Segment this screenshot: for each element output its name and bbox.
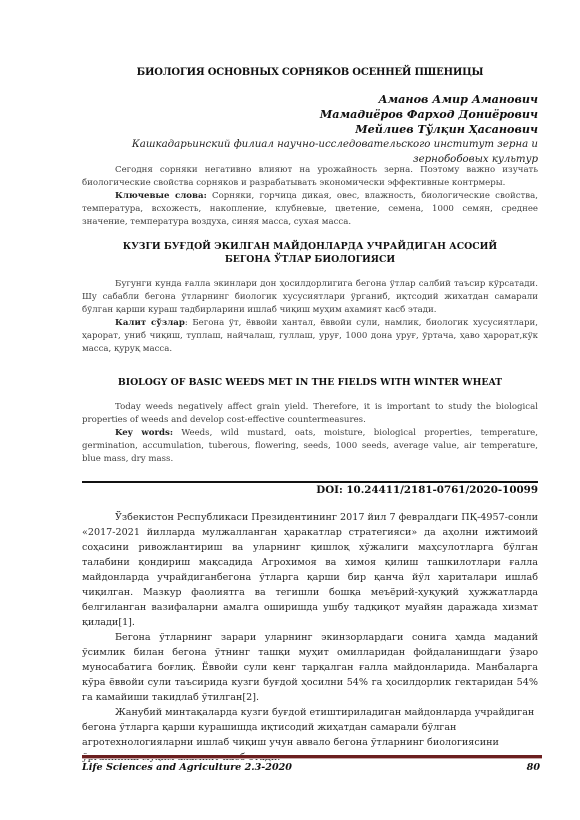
paper-title: БИОЛОГИЯ ОСНОВНЫХ СОРНЯКОВ ОСЕННЕЙ ПШЕНИ… — [82, 67, 538, 78]
abstract-uz-text: Бугунги кунда ғалла экинлари дон ҳосилдо… — [82, 278, 538, 317]
abstract-russian: Сегодня сорняки негативно влияют на урож… — [82, 164, 538, 229]
section-uzbek: КУЗГИ БУҒДОЙ ЭКИЛГАН МАЙДОНЛАРДА УЧРАЙДИ… — [82, 240, 538, 356]
keywords-uz: Калит сўзлар: Бегона ўт, ёввойи хантал, … — [82, 317, 538, 356]
main-body: Ўзбекистон Республикаси Президентининг 2… — [82, 510, 538, 765]
author-1: Аманов Амир Аманович — [82, 92, 538, 107]
keywords-en-label: Key words: — [115, 428, 173, 438]
author-2: Мамадиёров Фарход Дониёрович — [82, 107, 538, 122]
footer-rule-thin — [82, 758, 542, 759]
page-footer: Life Sciences and Agriculture 2.3-2020 8… — [82, 762, 540, 773]
author-block: Аманов Амир Аманович Мамадиёров Фарход Д… — [82, 92, 538, 167]
abstract-en-text: Today weeds negatively affect grain yiel… — [82, 401, 538, 427]
abstract-ru-text: Сегодня сорняки негативно влияют на урож… — [82, 164, 538, 190]
journal-name: Life Sciences and Agriculture 2.3-2020 — [82, 762, 292, 773]
affiliation: Кашкадарьинский филиал научно-исследоват… — [82, 137, 538, 167]
body-paragraph-1: Ўзбекистон Республикаси Президентининг 2… — [82, 510, 538, 630]
section-uz-title: КУЗГИ БУҒДОЙ ЭКИЛГАН МАЙДОНЛАРДА УЧРАЙДИ… — [82, 240, 538, 266]
keywords-ru-label: Ключевые слова: — [115, 191, 207, 201]
section-en-title: BIOLOGY OF BASIC WEEDS MET IN THE FIELDS… — [82, 376, 538, 389]
author-3: Мейлиев Тўлқин Ҳасанович — [82, 122, 538, 137]
keywords-ru: Ключевые слова: Сорняки, горчица дикая, … — [82, 190, 538, 229]
doi-link[interactable]: DOI: 10.24411/2181-0761/2020-10099 — [316, 484, 538, 496]
keywords-en: Key words: Weeds, wild mustard, oats, mo… — [82, 427, 538, 466]
doi-divider — [82, 481, 538, 483]
body-paragraph-2: Бегона ўтларнинг зарари уларнинг экинзор… — [82, 630, 538, 705]
page-number: 80 — [527, 762, 540, 773]
section-english: BIOLOGY OF BASIC WEEDS MET IN THE FIELDS… — [82, 376, 538, 466]
keywords-uz-label: Калит сўзлар — [115, 318, 185, 328]
